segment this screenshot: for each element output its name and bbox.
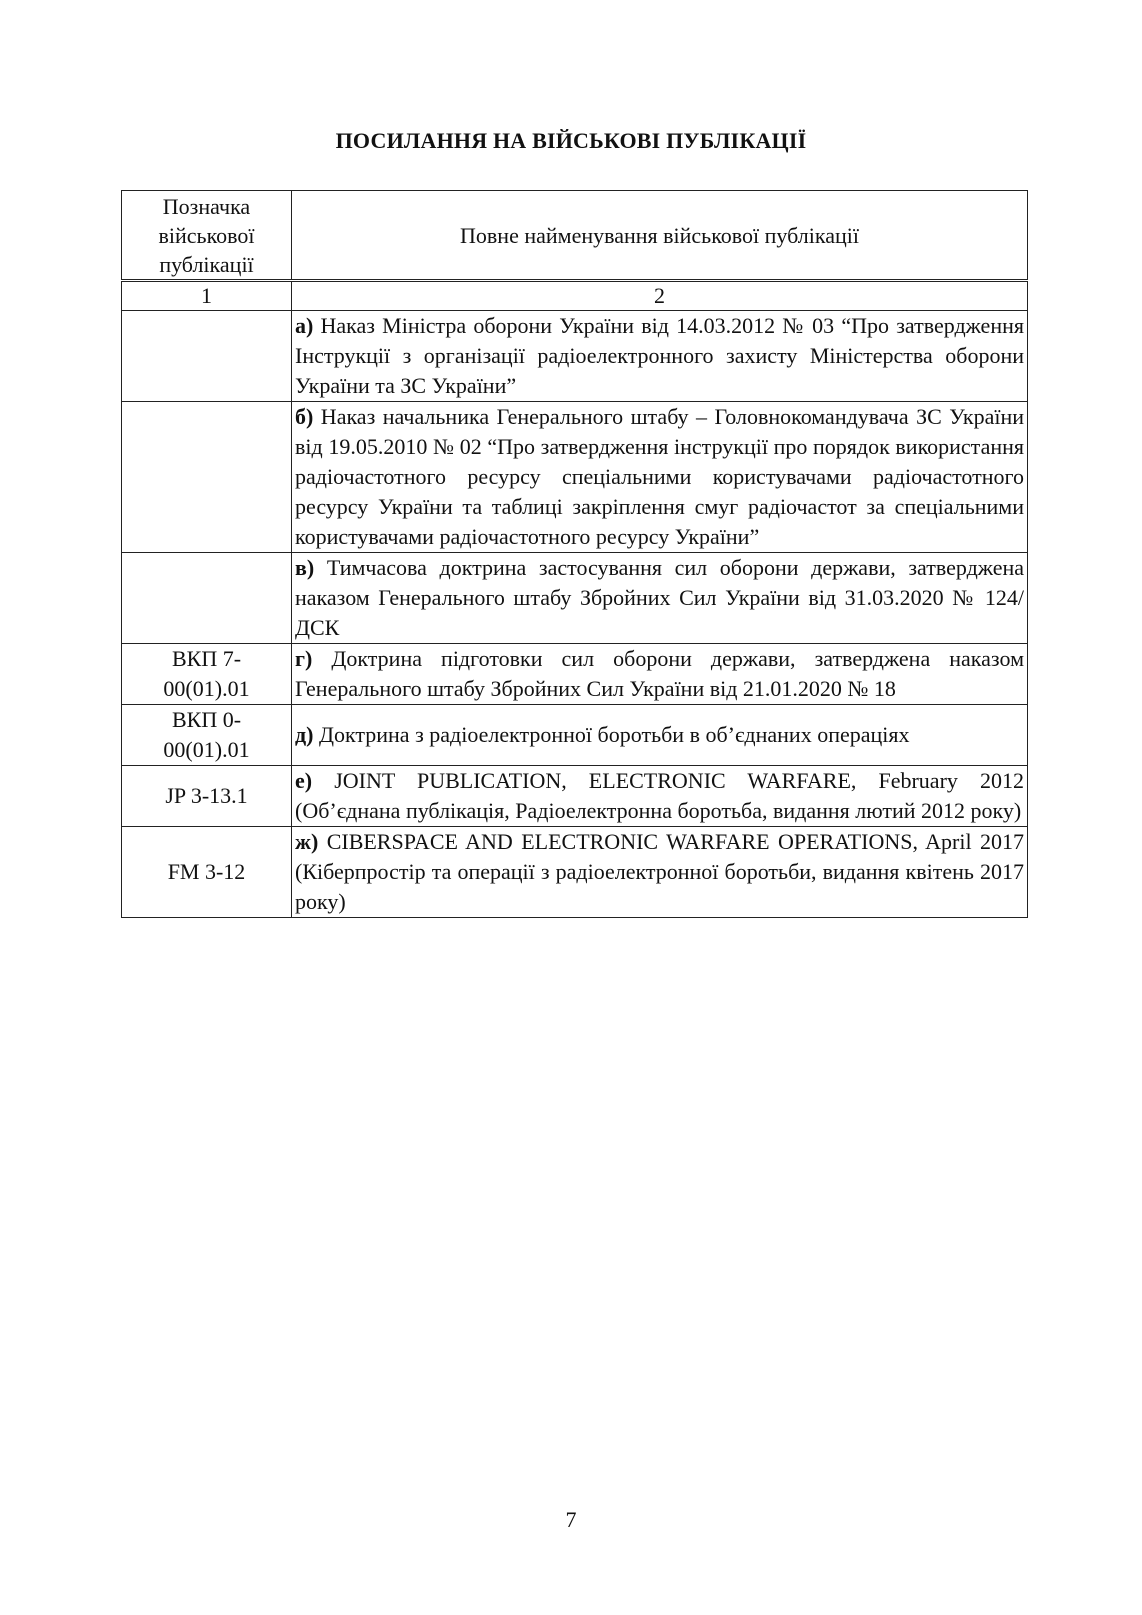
page-number: 7: [0, 1507, 1142, 1533]
table-header-row: Позначка військової публікації Повне най…: [122, 191, 1028, 281]
column-number-row: 1 2: [122, 281, 1028, 311]
designation-cell: ВКП 0-00(01).01: [122, 705, 292, 766]
table-row: б) Наказ начальника Генерального штабу –…: [122, 402, 1028, 553]
publication-text: Наказ Міністра оборони України від 14.03…: [295, 313, 1024, 398]
publication-text: JOINT PUBLICATION, ELECTRONIC WARFARE, F…: [295, 768, 1024, 823]
publication-text: Тимчасова доктрина застосування сил обор…: [295, 555, 1024, 640]
header-full-name: Повне найменування військової публікації: [292, 191, 1028, 281]
item-letter: г): [295, 646, 312, 671]
table-row: FM 3-12 ж) CIBERSPACE AND ELECTRONIC WAR…: [122, 827, 1028, 918]
designation-cell: [122, 553, 292, 644]
column-number-2: 2: [292, 281, 1028, 311]
item-letter: ж): [295, 829, 318, 854]
page-title: ПОСИЛАННЯ НА ВІЙСЬКОВІ ПУБЛІКАЦІЇ: [0, 128, 1142, 154]
publication-cell: г) Доктрина підготовки сил оборони держа…: [292, 644, 1028, 705]
publication-cell: а) Наказ Міністра оборони України від 14…: [292, 311, 1028, 402]
publication-cell: д) Доктрина з радіоелектронної боротьби …: [292, 705, 1028, 766]
table-row: ВКП 7-00(01).01 г) Доктрина підготовки с…: [122, 644, 1028, 705]
publication-text: Наказ начальника Генерального штабу – Го…: [295, 404, 1024, 549]
designation-cell: JP 3-13.1: [122, 766, 292, 827]
publication-cell: ж) CIBERSPACE AND ELECTRONIC WARFARE OPE…: [292, 827, 1028, 918]
publication-text: Доктрина з радіоелектронної боротьби в о…: [313, 722, 909, 747]
publication-cell: в) Тимчасова доктрина застосування сил о…: [292, 553, 1028, 644]
publication-text: Доктрина підготовки сил оборони держави,…: [295, 646, 1024, 701]
designation-cell: ВКП 7-00(01).01: [122, 644, 292, 705]
item-letter: д): [295, 722, 313, 747]
references-table: Позначка військової публікації Повне най…: [121, 190, 1028, 918]
publication-text: CIBERSPACE AND ELECTRONIC WARFARE OPERAT…: [295, 829, 1024, 914]
publication-cell: е) JOINT PUBLICATION, ELECTRONIC WARFARE…: [292, 766, 1028, 827]
column-number-1: 1: [122, 281, 292, 311]
designation-cell: [122, 311, 292, 402]
header-designation: Позначка військової публікації: [122, 191, 292, 281]
publication-cell: б) Наказ начальника Генерального штабу –…: [292, 402, 1028, 553]
item-letter: а): [295, 313, 313, 338]
item-letter: е): [295, 768, 312, 793]
table-row: ВКП 0-00(01).01 д) Доктрина з радіоелект…: [122, 705, 1028, 766]
designation-cell: [122, 402, 292, 553]
designation-cell: FM 3-12: [122, 827, 292, 918]
item-letter: в): [295, 555, 314, 580]
table-row: в) Тимчасова доктрина застосування сил о…: [122, 553, 1028, 644]
item-letter: б): [295, 404, 313, 429]
table-row: а) Наказ Міністра оборони України від 14…: [122, 311, 1028, 402]
table-row: JP 3-13.1 е) JOINT PUBLICATION, ELECTRON…: [122, 766, 1028, 827]
